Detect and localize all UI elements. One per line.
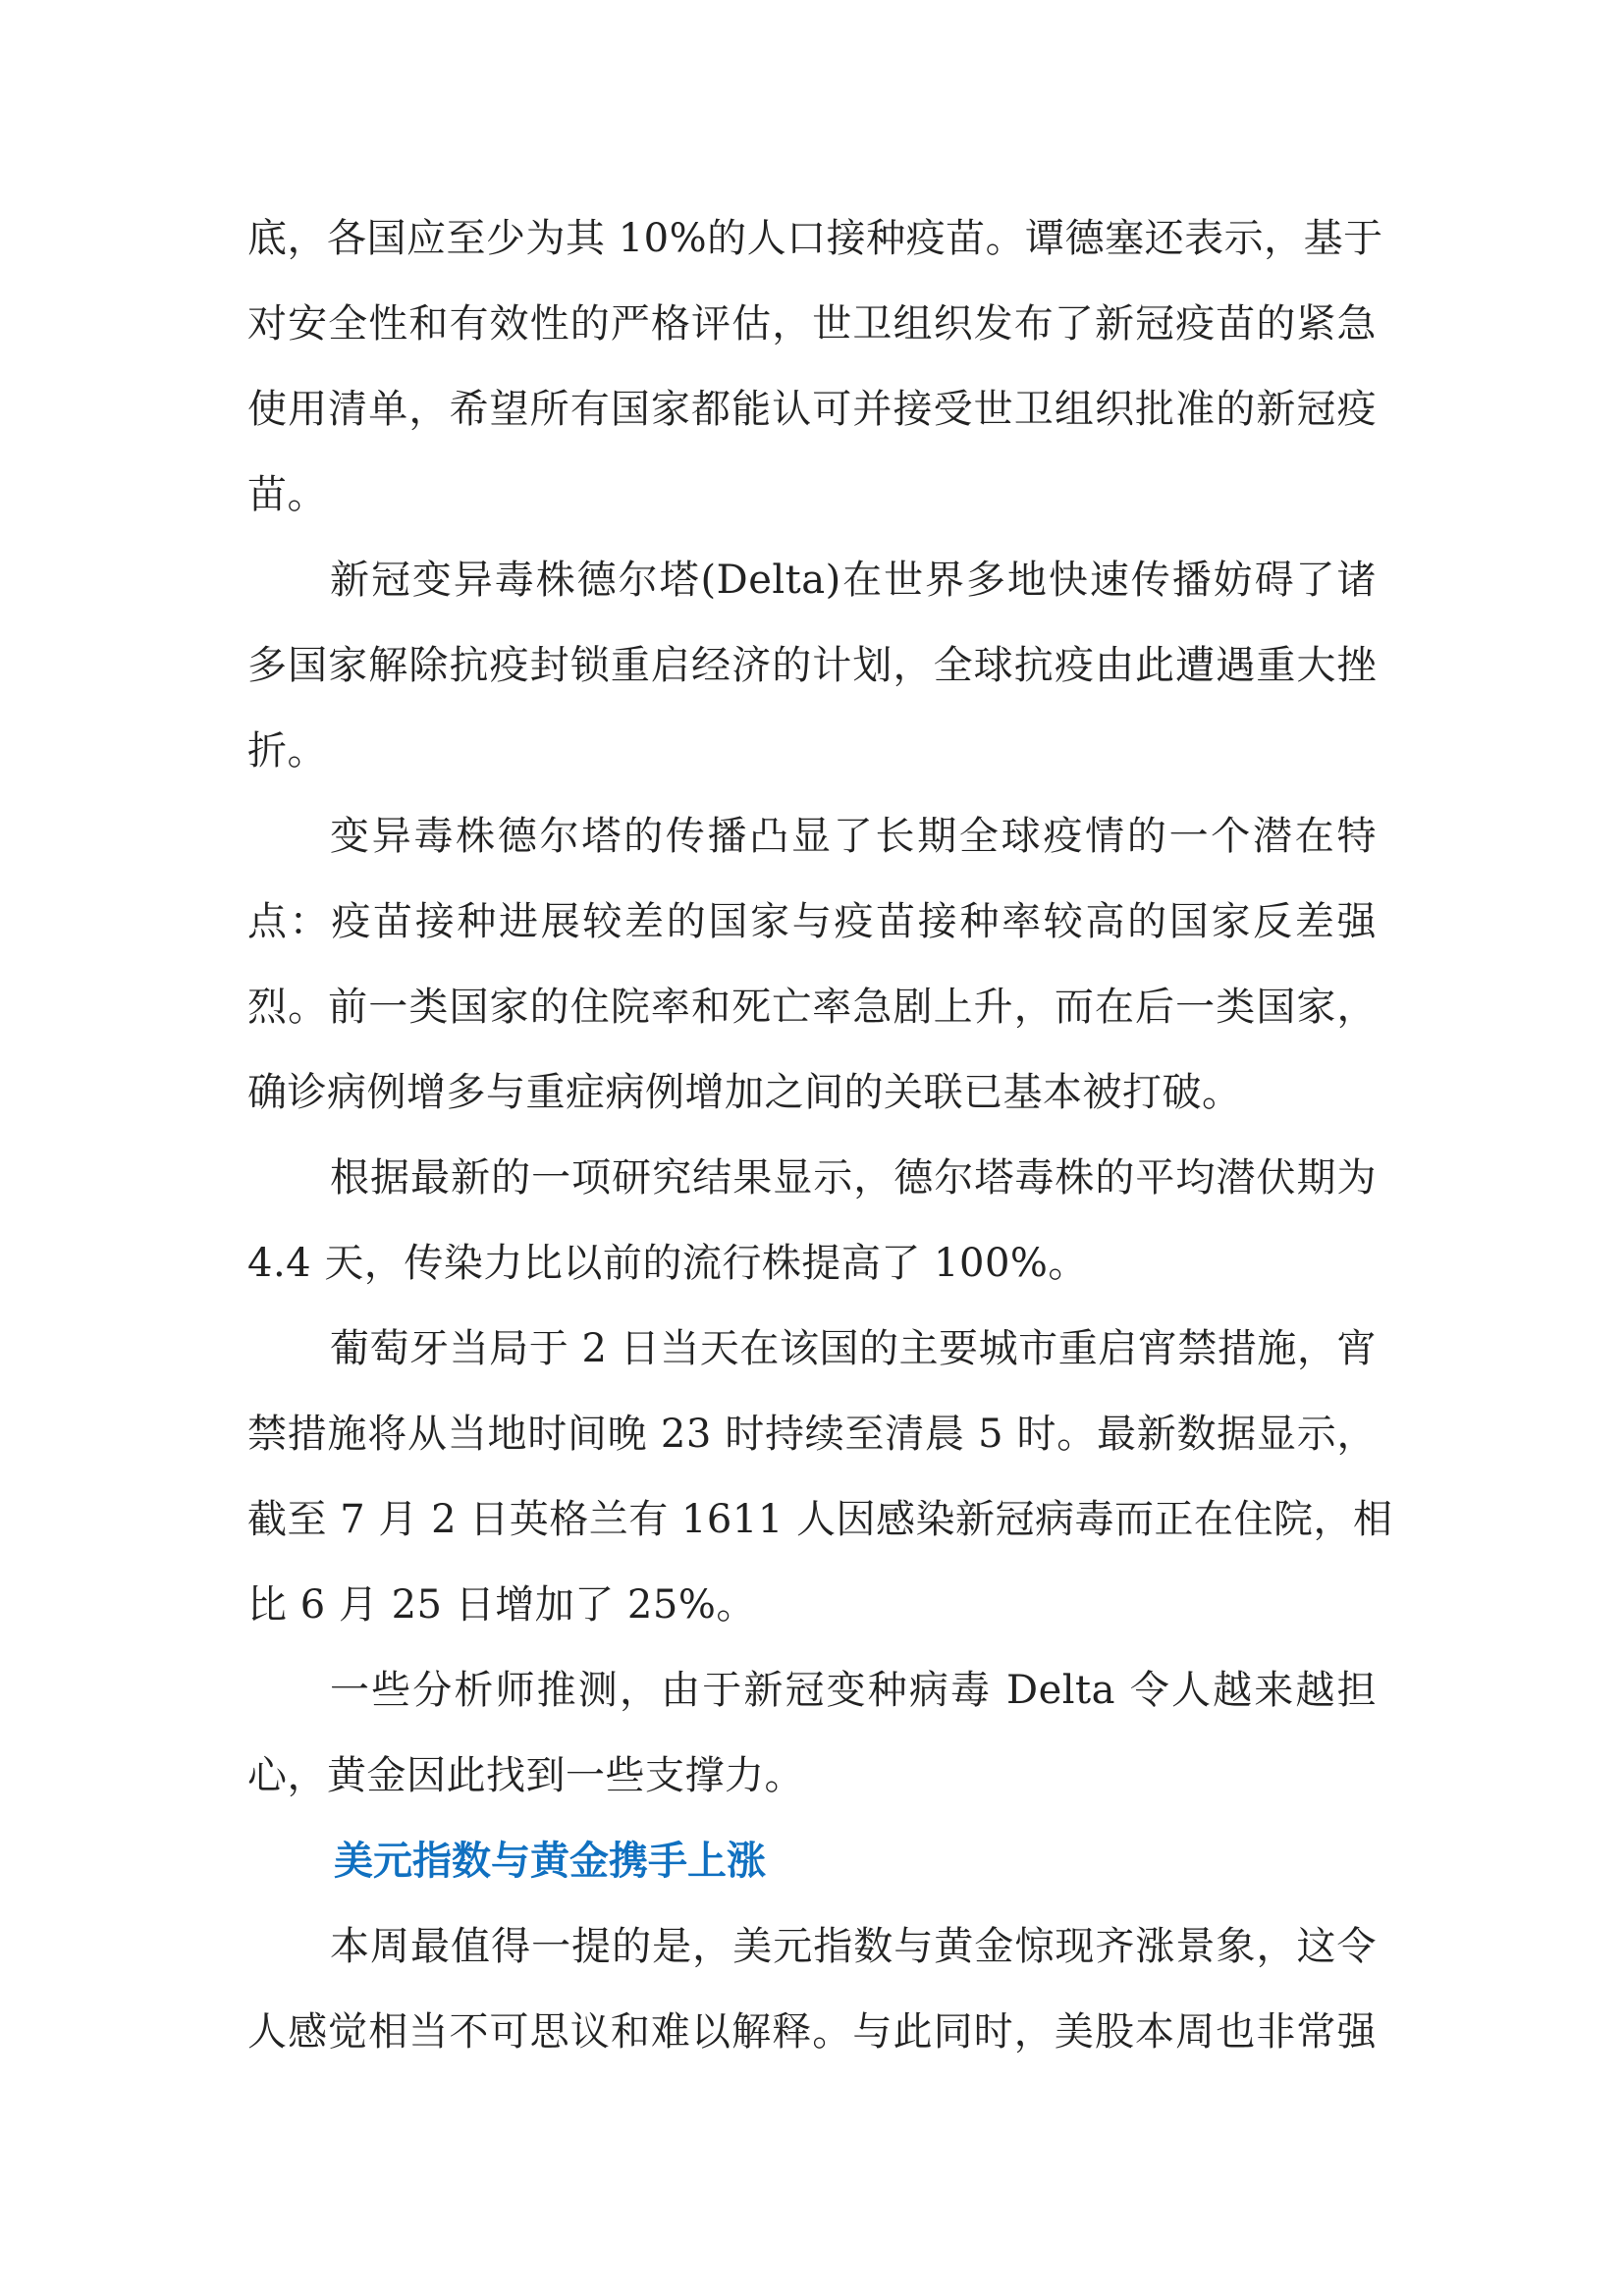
paragraph-dollar-gold-rise: 本周最值得一提的是，美元指数与黄金惊现齐涨景象，这令 人感觉相当不可思议和难以解… <box>247 1904 1386 2075</box>
paragraph-who-vaccine: 底，各国应至少为其 10%的人口接种疫苗。谭德塞还表示，基于 对安全性和有效性的… <box>247 196 1386 538</box>
paragraph-gold-support: 一些分析师推测，由于新冠变种病毒 Delta 令人越来越担 心，黄金因此找到一些… <box>247 1648 1386 1819</box>
text-line: 折。 <box>247 709 1386 794</box>
text-line: 对安全性和有效性的严格评估，世卫组织发布了新冠疫苗的紧急 <box>247 282 1377 367</box>
text-line: 一些分析师推测，由于新冠变种病毒 Delta 令人越来越担 <box>247 1648 1377 1734</box>
text-line: 禁措施将从当地时间晚 23 时持续至清晨 5 时。最新数据显示， <box>247 1392 1377 1477</box>
text-line: 点：疫苗接种进展较差的国家与疫苗接种率较高的国家反差强 <box>247 880 1377 965</box>
paragraph-vaccination-contrast: 变异毒株德尔塔的传播凸显了长期全球疫情的一个潜在特 点：疫苗接种进展较差的国家与… <box>247 794 1386 1136</box>
text-line: 根据最新的一项研究结果显示，德尔塔毒株的平均潜伏期为 <box>247 1136 1377 1221</box>
text-line: 人感觉相当不可思议和难以解释。与此同时，美股本周也非常强 <box>247 1990 1377 2075</box>
text-line: 截至 7 月 2 日英格兰有 1611 人因感染新冠病毒而正在住院，相 <box>247 1477 1377 1563</box>
text-line: 新冠变异毒株德尔塔(Delta)在世界多地快速传播妨碍了诸 <box>247 538 1377 623</box>
text-line: 使用清单，希望所有国家都能认可并接受世卫组织批准的新冠疫 <box>247 367 1377 453</box>
text-line: 确诊病例增多与重症病例增加之间的关联已基本被打破。 <box>247 1050 1386 1136</box>
text-line: 心，黄金因此找到一些支撑力。 <box>247 1734 1386 1819</box>
paragraph-delta-spread: 新冠变异毒株德尔塔(Delta)在世界多地快速传播妨碍了诸 多国家解除抗疫封锁重… <box>247 538 1386 794</box>
section-heading: 美元指数与黄金携手上涨 <box>247 1819 1386 1904</box>
paragraph-portugal-england: 葡萄牙当局于 2 日当天在该国的主要城市重启宵禁措施，宵 禁措施将从当地时间晚 … <box>247 1307 1386 1648</box>
text-line: 苗。 <box>247 453 1386 538</box>
text-line: 4.4 天，传染力比以前的流行株提高了 100%。 <box>247 1221 1386 1307</box>
text-line: 变异毒株德尔塔的传播凸显了长期全球疫情的一个潜在特 <box>247 794 1377 880</box>
text-line: 烈。前一类国家的住院率和死亡率急剧上升，而在后一类国家， <box>247 965 1377 1050</box>
text-line: 比 6 月 25 日增加了 25%。 <box>247 1563 1386 1648</box>
text-line: 多国家解除抗疫封锁重启经济的计划，全球抗疫由此遭遇重大挫 <box>247 623 1377 709</box>
text-line: 底，各国应至少为其 10%的人口接种疫苗。谭德塞还表示，基于 <box>247 196 1377 282</box>
text-line: 本周最值得一提的是，美元指数与黄金惊现齐涨景象，这令 <box>247 1904 1377 1990</box>
paragraph-incubation-study: 根据最新的一项研究结果显示，德尔塔毒株的平均潜伏期为 4.4 天，传染力比以前的… <box>247 1136 1386 1307</box>
document-page: 底，各国应至少为其 10%的人口接种疫苗。谭德塞还表示，基于 对安全性和有效性的… <box>247 196 1386 2075</box>
text-line: 葡萄牙当局于 2 日当天在该国的主要城市重启宵禁措施，宵 <box>247 1307 1377 1392</box>
